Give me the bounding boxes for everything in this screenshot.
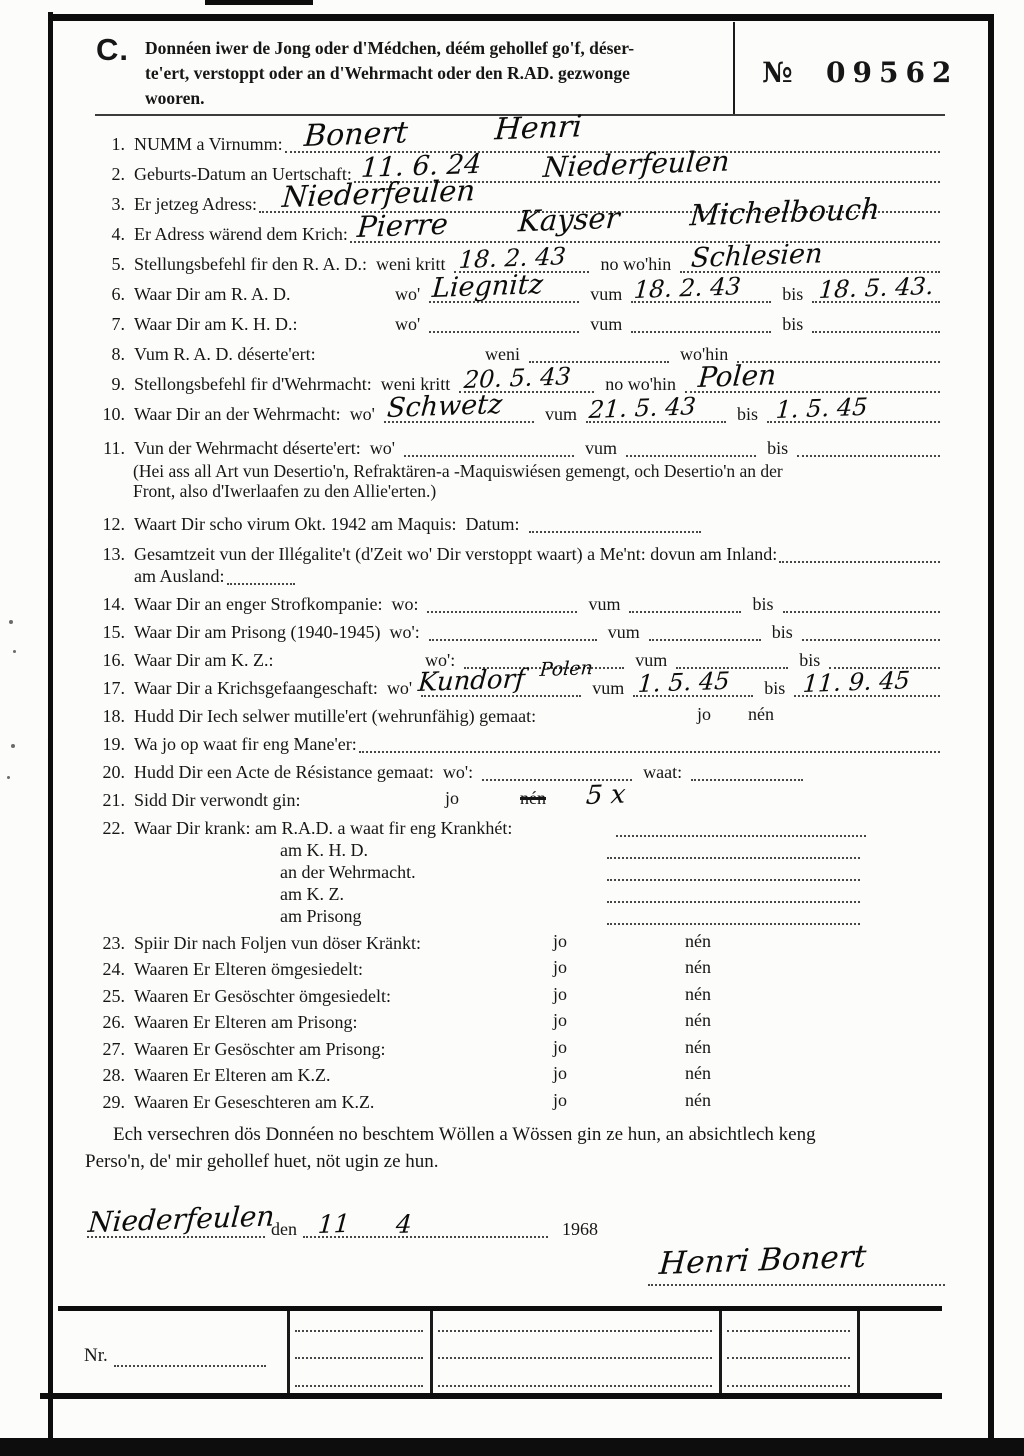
row-label: Waaren Er Gesöschter am Prisong: [134, 1039, 385, 1060]
dotted-field [529, 512, 701, 533]
form-row: 26.Waaren Er Elteren am Prisong:jonén [85, 1007, 942, 1034]
nr-label: Nr. [84, 1345, 108, 1367]
jo-option: jo [553, 957, 567, 978]
dotted-field [829, 648, 940, 669]
cell-dotted-line [438, 1384, 712, 1387]
row-number: 17. [85, 678, 134, 699]
field-label: wo' [378, 678, 419, 699]
document-number-sign: № [762, 56, 792, 89]
handwritten-entry: Liegnitz [431, 269, 544, 304]
row-number: 26. [85, 1012, 134, 1033]
dotted-field [649, 620, 761, 641]
row-label: Waaren Er Geseschteren am K.Z. [134, 1092, 374, 1113]
column-divider [857, 1311, 860, 1393]
dotted-field [802, 620, 940, 641]
row-label: Gesamtzeit vun der Illégalite't (d'Zeit … [134, 544, 777, 565]
dotted-field [607, 860, 860, 881]
dotted-field [783, 592, 941, 613]
form-row: 27.Waaren Er Gesöschter am Prisong:jonén [85, 1033, 942, 1060]
row-number: 20. [85, 762, 134, 783]
cell-dotted-line [295, 1356, 423, 1359]
scan-speck [11, 744, 15, 748]
dotted-field: 18. 2. 43 [631, 282, 771, 303]
field-label: bis [728, 404, 765, 425]
field-label: wo: [382, 594, 425, 615]
form-row: 10.Waar Dir an der Wehrmacht:wo'Schwetzv… [85, 395, 942, 425]
dotted-field [629, 592, 741, 613]
field-label: bis [758, 438, 795, 459]
sub-label: am K. H. D. [280, 840, 605, 861]
handwritten-entry: Niederfeulen [542, 144, 731, 184]
form-row: 17.Waar Dir a Krichsgefaangeschaft:wo'Ku… [85, 671, 942, 699]
field-label: Datum: [457, 514, 527, 535]
form-sub-row: am K. H. D. [85, 839, 942, 861]
field-label: vum [576, 438, 624, 459]
row-number: 9. [85, 374, 134, 395]
dotted-field: Polen [685, 372, 940, 393]
row-number: 5. [85, 254, 134, 275]
field-label: no wo'hin [591, 254, 678, 275]
table-cell [290, 1311, 428, 1405]
form-sub-row: am K. Z. [85, 883, 942, 905]
row-label: Waaren Er Elteren ömgesiedelt: [134, 959, 363, 980]
nen-option: nén [685, 931, 711, 952]
form-sub-row: am Prisong [85, 905, 942, 927]
scan-edge-bottom-bar [0, 1438, 1024, 1456]
row-label: Er Adress wärend dem Krich: [134, 224, 348, 245]
row-number: 23. [85, 933, 134, 954]
handwritten-signature: Henri Bonert [658, 1239, 867, 1282]
form-row: 21.Sidd Dir verwondt gin:jonén5 x [85, 783, 942, 811]
dotted-field [429, 620, 597, 641]
form-row: 29.Waaren Er Geseschteren am K.Z.jonén [85, 1086, 942, 1113]
dotted-field [779, 542, 940, 563]
dotted-field: Schwetz [384, 402, 534, 423]
jo-option: jo [697, 704, 711, 725]
cell-dotted-line [727, 1356, 850, 1359]
handwritten-month: 4 [395, 1209, 413, 1239]
form-row: 8.Vum R. A. D. déserte'ert:weniwo'hin [85, 335, 942, 365]
handwritten-entry: 1. 5. 45 [637, 667, 731, 698]
cell-dotted-line [295, 1384, 423, 1387]
row-label: am Ausland: [134, 566, 225, 587]
dotted-field [227, 564, 295, 585]
declaration-line: Ech versechren dös Donnéen no beschtem W… [85, 1122, 947, 1149]
row-label: Hudd Dir een Acte de Résistance gemaat: [134, 762, 434, 783]
field-label: no wo'hin [596, 374, 683, 395]
form-row: 28.Waaren Er Elteren am K.Z.jonén [85, 1060, 942, 1087]
field-label: wo': [434, 762, 480, 783]
table-bottom-extension [40, 1393, 70, 1399]
field-label: wo' [386, 314, 427, 335]
handwritten-entry: 11. 9. 45 [802, 666, 911, 698]
field-label: bis [763, 622, 800, 643]
row-number: 13. [85, 544, 134, 565]
field-label: vum [583, 678, 631, 699]
field-label: wo': [381, 622, 427, 643]
nen-option: nén [685, 1090, 711, 1111]
row-number: 29. [85, 1092, 134, 1113]
jo-option: jo [553, 1063, 567, 1084]
cell-dotted-line [727, 1329, 850, 1332]
row-label: Waart Dir scho virum Okt. 1942 am Maquis… [134, 514, 457, 535]
form-row: 11.Vun der Wehrmacht déserte'ert:wo'vumb… [85, 431, 942, 459]
page-border-top [48, 14, 994, 21]
scan-speck [7, 776, 10, 779]
field-label: vum [581, 284, 629, 305]
sub-label: an der Wehrmacht. [280, 862, 605, 883]
field-label: wo' [361, 438, 402, 459]
dotted-field [404, 436, 574, 457]
form-row: 6.Waar Dir am R. A. D.wo'Liegnitzvum18. … [85, 275, 942, 305]
page-border-right [988, 14, 994, 1438]
date-dotted-field: 11 4 [303, 1217, 548, 1238]
date-line: Niederfeulen den 11 4 1968 [85, 1198, 602, 1240]
dotted-field: Pierre Kayser Michelbouch [350, 222, 940, 243]
form-body: 1.NUMM a Virnumm:Bonert Henri2.Geburts-D… [85, 125, 942, 1113]
nen-option: nén [685, 1037, 711, 1058]
sub-label: am K. Z. [280, 884, 605, 905]
handwritten-entry: 18. 2. 43 [633, 272, 742, 304]
row-number: 3. [85, 194, 134, 215]
row-number: 22. [85, 818, 134, 839]
row-label: Vum R. A. D. déserte'ert: [134, 344, 476, 365]
field-label: weni [476, 344, 527, 365]
field-label: vum [599, 622, 647, 643]
dotted-field [812, 312, 940, 333]
jo-option: jo [553, 1090, 567, 1111]
row-label: Waar Dir a Krichsgefaangeschaft: [134, 678, 378, 699]
form-row: 18.Hudd Dir Iech selwer mutille'ert (weh… [85, 699, 942, 727]
cell-dotted-line [438, 1329, 712, 1332]
form-row: 2.Geburts-Datum an Uertschaft:11. 6. 24N… [85, 155, 942, 185]
row-label: Spiir Dir nach Foljen vun döser Kränkt: [134, 933, 421, 954]
row-label: Waaren Er Elteren am Prisong: [134, 1012, 357, 1033]
row-number: 21. [85, 790, 134, 811]
row-label: Waar Dir am K. Z.: [134, 650, 416, 671]
year-label: 1968 [550, 1219, 602, 1240]
row-number: 2. [85, 164, 134, 185]
jo-option: jo [553, 1037, 567, 1058]
row-label: Vun der Wehrmacht déserte'ert: [134, 438, 361, 459]
dotted-field [529, 342, 669, 363]
declaration-text: Ech versechren dös Donnéen no beschtem W… [85, 1122, 947, 1175]
row-number: 15. [85, 622, 134, 643]
row-label: Waaren Er Elteren am K.Z. [134, 1065, 330, 1086]
row-number: 27. [85, 1039, 134, 1060]
sub-label: am Prisong [280, 906, 605, 927]
handwritten-entry: Polen [697, 358, 777, 394]
nen-option: nén [748, 704, 774, 725]
row-label: Waar Dir an der Wehrmacht: [134, 404, 341, 425]
dotted-field: 11. 9. 45 [794, 676, 940, 697]
row-number: 18. [85, 706, 134, 727]
dotted-field: Liegnitz [429, 282, 579, 303]
form-row: 19.Wa jo op waat fir eng Mane'er: [85, 727, 942, 755]
field-label: bis [755, 678, 792, 699]
dotted-field [607, 882, 860, 903]
dotted-field [429, 312, 579, 333]
row-number: 28. [85, 1065, 134, 1086]
field-label: vum [626, 650, 674, 671]
form-row: 12.Waart Dir scho virum Okt. 1942 am Maq… [85, 507, 942, 535]
form-row: 14.Waar Dir an enger Strofkompanie:wo:vu… [85, 587, 942, 615]
document-number: 09562 [826, 56, 958, 89]
header-divider [733, 22, 735, 114]
row-label: Hudd Dir Iech selwer mutille'ert (wehrun… [134, 706, 536, 727]
dotted-field [482, 760, 632, 781]
row-label: Stellungsbefehl fir den R. A. D.: [134, 254, 367, 275]
row-number: 1. [85, 134, 134, 155]
form-sub-row: an der Wehrmacht. [85, 861, 942, 883]
dotted-field [607, 904, 860, 925]
row-label: Waar Dir am K. H. D.: [134, 314, 386, 335]
dotted-field: 18. 5. 43. [812, 282, 940, 303]
jo-option: jo [553, 1010, 567, 1031]
row-label: Waar Dir am Prisong (1940-1945) [134, 622, 381, 643]
dotted-field: Schlesien [680, 252, 940, 273]
form-row: 25.Waaren Er Gesöschter ömgesiedelt:joné… [85, 980, 942, 1007]
dotted-field: 1. 5. 45 [767, 402, 940, 423]
row-label: Waar Dir an enger Strofkompanie: [134, 594, 382, 615]
nen-option: nén [685, 984, 711, 1005]
table-cell [722, 1311, 855, 1405]
dotted-field: 1. 5. 45 [633, 676, 753, 697]
row-number: 11. [85, 438, 134, 459]
dotted-field [616, 816, 866, 837]
row-number: 12. [85, 514, 134, 535]
nen-option: nén [685, 1010, 711, 1031]
handwritten-entry: Schlesien [690, 238, 824, 274]
row-label: Wa jo op waat fir eng Mane'er: [134, 734, 357, 755]
field-label: vum [536, 404, 584, 425]
dotted-field [797, 436, 940, 457]
scanned-form-page: C. Donnéen iwer de Jong oder d'Médchen, … [0, 0, 1024, 1456]
field-label: bis [773, 314, 810, 335]
nen-option: nén [685, 957, 711, 978]
form-title: Donnéen iwer de Jong oder d'Médchen, déé… [145, 36, 723, 111]
row-note: (Hei ass all Art vun Desertio'n, Refrakt… [133, 461, 933, 501]
cell-dotted-line [727, 1384, 850, 1387]
note-line: (Hei ass all Art vun Desertio'n, Refrakt… [133, 461, 783, 481]
declaration-line: Perso'n, de' mir gehollef huet, nöt ugin… [85, 1149, 947, 1176]
place-dotted-field: Niederfeulen [87, 1217, 265, 1238]
field-label: bis [790, 650, 827, 671]
row-number: 7. [85, 314, 134, 335]
form-row: 13.Gesamtzeit vun der Illégalite't (d'Ze… [85, 537, 942, 565]
row-number: 8. [85, 344, 134, 365]
field-label: wo' [341, 404, 382, 425]
nen-option: nén [520, 788, 546, 809]
form-row: am Ausland: [85, 565, 942, 587]
row-number: 6. [85, 284, 134, 305]
scan-edge-top-streak [205, 0, 313, 5]
form-row: 7.Waar Dir am K. H. D.:wo'vumbis [85, 305, 942, 335]
form-row: 20.Hudd Dir een Acte de Résistance gemaa… [85, 755, 942, 783]
nr-dotted-field [114, 1349, 266, 1367]
dotted-field: KundorfPolen [421, 676, 581, 697]
handwritten-entry: 5 x [585, 780, 627, 811]
dotted-field [631, 312, 771, 333]
row-label: Waaren Er Gesöschter ömgesiedelt: [134, 986, 391, 1007]
bottom-table: Nr. [58, 1306, 942, 1399]
row-number: 14. [85, 594, 134, 615]
form-row: 22.Waar Dir krank: am R.A.D. a waat fir … [85, 811, 942, 839]
row-number: 25. [85, 986, 134, 1007]
form-row: 1.NUMM a Virnumm:Bonert Henri [85, 125, 942, 155]
row-label: Er jetzeg Adress: [134, 194, 257, 215]
jo-option: jo [445, 788, 459, 809]
jo-option: jo [553, 931, 567, 952]
field-label: vum [579, 594, 627, 615]
row-number: 24. [85, 959, 134, 980]
form-title-line: te'ert, verstoppt oder an d'Wehrmacht od… [145, 61, 723, 86]
table-cell [433, 1311, 717, 1405]
field-label: bis [743, 594, 780, 615]
handwritten-entry: Kundorf [417, 664, 526, 698]
signature-line: Henri Bonert [648, 1228, 945, 1286]
row-number: 10. [85, 404, 134, 425]
row-label: Waar Dir krank: am R.A.D. a waat fir eng… [134, 818, 614, 839]
row-number: 19. [85, 734, 134, 755]
row-label: NUMM a Virnumm: [134, 134, 283, 155]
row-label: Sidd Dir verwondt gin: [134, 790, 301, 811]
form-row: 23.Spiir Dir nach Foljen vun döser Kränk… [85, 927, 942, 954]
form-row: 24.Waaren Er Elteren ömgesiedelt:jonén [85, 954, 942, 981]
dotted-field [607, 838, 860, 859]
row-number: 4. [85, 224, 134, 245]
handwritten-place: Niederfeulen [87, 1199, 276, 1239]
form-row: 9.Stellongsbefehl fir d'Wehrmacht:weni k… [85, 365, 942, 395]
form-title-line: Donnéen iwer de Jong oder d'Médchen, déé… [145, 36, 723, 61]
row-label: Stellongsbefehl fir d'Wehrmacht: [134, 374, 372, 395]
handwritten-day: 11 [317, 1209, 351, 1239]
handwritten-entry: 21. 5. 43 [588, 392, 697, 424]
form-row: 15.Waar Dir am Prisong (1940-1945)wo':vu… [85, 615, 942, 643]
nen-option: nén [685, 1063, 711, 1084]
row-number: 16. [85, 650, 134, 671]
dotted-field [427, 592, 577, 613]
page-border-left [48, 12, 53, 1446]
cell-dotted-line [438, 1356, 712, 1359]
handwritten-entry: 1. 5. 45 [775, 393, 869, 424]
scan-speck [9, 620, 13, 624]
jo-option: jo [553, 984, 567, 1005]
dotted-field [691, 760, 803, 781]
field-label: bis [773, 284, 810, 305]
note-line: Front, also d'Iwerlaafen zu den Allie'er… [133, 481, 436, 501]
field-label: vum [581, 314, 629, 335]
scan-speck [13, 650, 16, 653]
row-label: Waar Dir am R. A. D. [134, 284, 386, 305]
form-title-line: wooren. [145, 86, 723, 111]
section-letter: C. [96, 32, 129, 68]
handwritten-entry: Schwetz [386, 389, 503, 424]
handwritten-entry: Polen [539, 657, 594, 681]
dotted-field [359, 732, 940, 753]
cell-dotted-line [295, 1329, 423, 1332]
dotted-field: 21. 5. 43 [586, 402, 726, 423]
dotted-field [676, 648, 788, 669]
field-label: wo' [386, 284, 427, 305]
field-label: waat: [634, 762, 689, 783]
dotted-field [626, 436, 756, 457]
handwritten-entry: 18. 5. 43. [818, 272, 934, 304]
